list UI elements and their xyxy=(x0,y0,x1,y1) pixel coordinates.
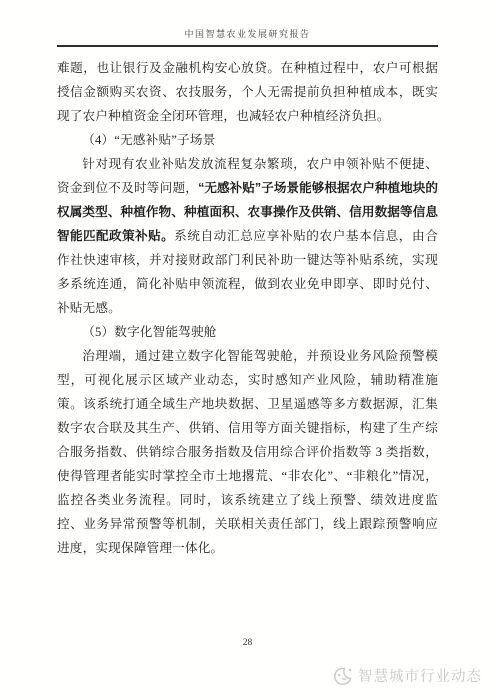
paragraph-text: （4）“无感补贴”子场景 xyxy=(82,133,215,147)
paragraph-text: 治理端，通过建立数字化智能驾驶舱，并预设业务风险预警模型，可视化展示区域产业动态… xyxy=(57,349,438,555)
paragraph-text: 难题，也让银行及金融机构安心放贷。在种植过程中，农户可根据授信金额购买农资、农技… xyxy=(57,61,438,123)
running-header-title: 中国智慧农业发展研究报告 xyxy=(184,29,310,39)
running-header: 中国智慧农业发展研究报告 xyxy=(57,27,438,40)
paragraph: （5）数字化智能驾驶舱 xyxy=(57,320,438,344)
paragraph: 难题，也让银行及金融机构安心放贷。在种植过程中，农户可根据授信金额购买农资、农技… xyxy=(57,56,438,128)
paragraph: （4）“无感补贴”子场景 xyxy=(57,128,438,152)
paragraph: 治理端，通过建立数字化智能驾驶舱，并预设业务风险预警模型，可视化展示区域产业动态… xyxy=(57,344,438,560)
document-page: 中国智慧农业发展研究报告 难题，也让银行及金融机构安心放贷。在种植过程中，农户可… xyxy=(0,0,495,700)
page-number: 28 xyxy=(0,638,495,648)
document-body: 难题，也让银行及金融机构安心放贷。在种植过程中，农户可根据授信金额购买农资、农技… xyxy=(57,56,438,560)
paragraph-text: （5）数字化智能驾驶舱 xyxy=(82,325,216,339)
header-divider xyxy=(57,45,438,47)
paragraph: 针对现有农业补贴发放流程复杂繁琐，农户申领补贴不便捷、资金到位不及时等问题，“无… xyxy=(57,152,438,320)
watermark-text: 智慧城市行业动态 xyxy=(358,665,482,686)
watermark: 智慧城市行业动态 xyxy=(331,665,482,686)
moon-face-icon xyxy=(331,666,353,686)
